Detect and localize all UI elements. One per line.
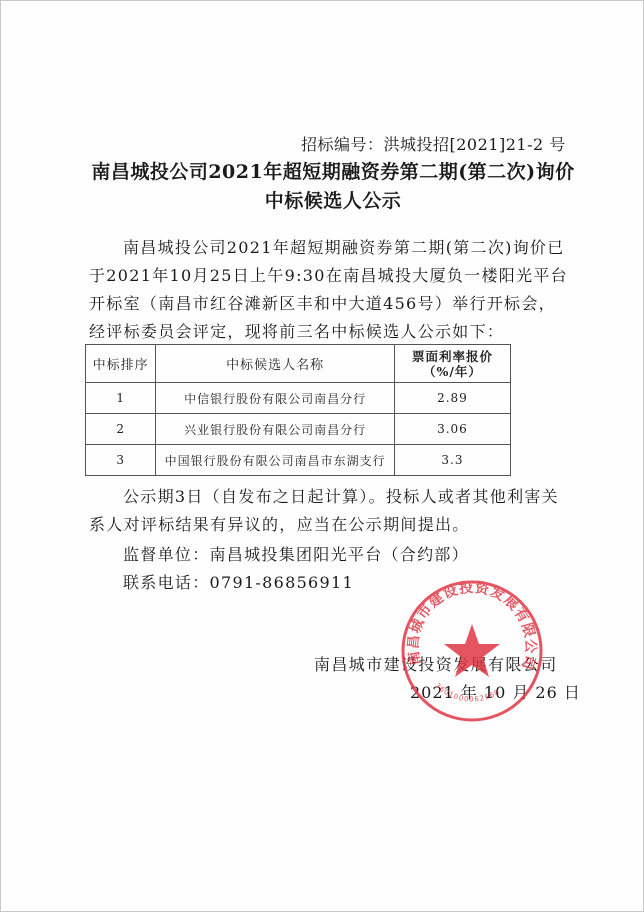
table-row: 1 中信银行股份有限公司南昌分行 2.89 (86, 383, 511, 414)
table-header-row: 中标排序 中标候选人名称 票面利率报价 （%/年） (86, 345, 511, 383)
document-page: 招标编号：洪城投招[2021]21-2 号 南昌城投公司2021年超短期融资券第… (0, 0, 644, 912)
cell-rank: 2 (86, 414, 156, 445)
intro-paragraph: 南昌城投公司2021年超短期融资券第二期(第二次)询价已于2021年10月25日… (89, 234, 569, 346)
cell-rank: 3 (86, 445, 156, 476)
document-title: 南昌城投公司2021年超短期融资券第二期(第二次)询价 中标候选人公示 (83, 158, 583, 216)
cell-rate: 2.89 (394, 383, 510, 414)
title-line-2: 中标候选人公示 (83, 187, 583, 216)
header-candidate-name: 中标候选人名称 (156, 345, 395, 383)
title-line-1: 南昌城投公司2021年超短期融资券第二期(第二次)询价 (83, 158, 583, 187)
phone-line: 联系电话：0791-86856911 (123, 570, 354, 593)
cell-rate: 3.3 (394, 445, 510, 476)
table-row: 3 中国银行股份有限公司南昌市东湖支行 3.3 (86, 445, 511, 476)
cell-rank: 1 (86, 383, 156, 414)
cell-rate: 3.06 (394, 414, 510, 445)
reference-number: 招标编号：洪城投招[2021]21-2 号 (301, 132, 566, 155)
svg-text:3601000062560: 3601000062560 (434, 682, 502, 704)
notice-paragraph: 公示期3日（自发布之日起计算）。投标人或者其他利害关系人对评标结果有异议的，应当… (89, 483, 569, 539)
cell-name: 兴业银行股份有限公司南昌分行 (156, 414, 395, 445)
cell-name: 中国银行股份有限公司南昌市东湖支行 (156, 445, 395, 476)
company-seal-icon: 南昌城市建设投资发展有限公司 3601000062560 (399, 578, 545, 724)
table-row: 2 兴业银行股份有限公司南昌分行 3.06 (86, 414, 511, 445)
header-rate: 票面利率报价 （%/年） (394, 345, 510, 383)
cell-name: 中信银行股份有限公司南昌分行 (156, 383, 395, 414)
candidates-table: 中标排序 中标候选人名称 票面利率报价 （%/年） 1 中信银行股份有限公司南昌… (85, 344, 511, 476)
header-rank: 中标排序 (86, 345, 156, 383)
supervisor-line: 监督单位：南昌城投集团阳光平台（合约部） (123, 542, 469, 565)
